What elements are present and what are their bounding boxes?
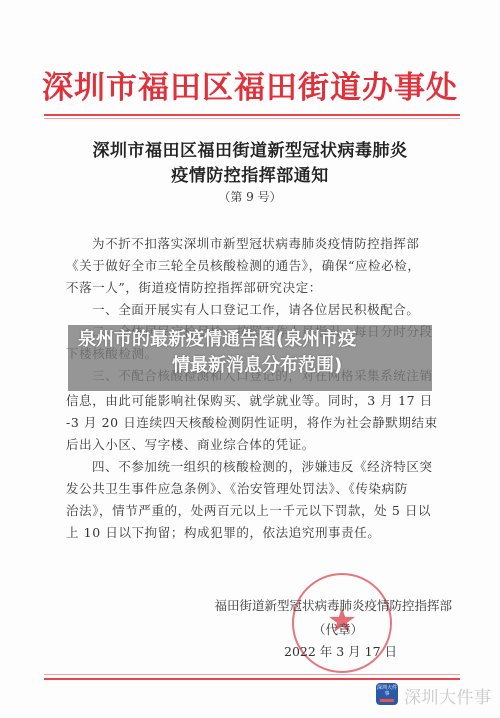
document-page: 深圳市福田区福田街道办事处 深圳市福田区福田街道新型冠状病毒肺炎 疫情防控指挥部… xyxy=(0,0,500,718)
footer-divider xyxy=(44,678,460,680)
document-title-line2: 疫情防控指挥部通知 xyxy=(0,161,500,186)
signature-seal-note: （代章） xyxy=(0,620,500,638)
body-line: 后出入小区、写字楼、商业综合体的凭证。 xyxy=(66,435,438,453)
issuer-header: 深圳市福田区福田街道办事处 xyxy=(0,62,500,107)
signature-organization: 福田街道新型冠状病毒肺炎疫情防控指挥部 xyxy=(0,596,500,614)
body-line: 发公共卫生事件应急条例》、《治安管理处罚法》、《传染病防 xyxy=(66,479,438,497)
headline-line1: 泉州市的最新疫情通告图(泉州市疫 xyxy=(68,327,432,353)
headline-overlay: 泉州市的最新疫情通告图(泉州市疫 情最新消息分布范围) xyxy=(68,327,432,379)
header-divider-thin xyxy=(44,118,460,119)
body-line: 为不折不扣落实深圳市新型冠状病毒肺炎疫情防控指挥部 xyxy=(66,234,464,252)
body-line: 信息，由此可能影响社保购买、就学就业等。同时，3 月 17 日 xyxy=(66,391,438,409)
body-line: 不落一人”，街道疫情防控指挥部研究决定： xyxy=(66,278,438,296)
body-line: 一、全面开展实有人口登记工作，请各位居民积极配合。 xyxy=(66,300,464,318)
watermark-logo-text: 深圳大件事 xyxy=(376,685,398,697)
document-title-line1: 深圳市福田区福田街道新型冠状病毒肺炎 xyxy=(0,136,500,161)
body-line: 治法》，情节严重的，处两百元以上一千元以下罚款，处 5 日以 xyxy=(66,501,438,519)
watermark-logo-bar xyxy=(380,699,394,702)
headline-line2: 情最新消息分布范围) xyxy=(68,353,432,379)
document-number: （第 9 号） xyxy=(0,188,500,205)
watermark-label: 深圳大件事 xyxy=(404,683,492,708)
header-divider xyxy=(44,114,460,116)
body-line: -3 月 20 日连续四天核酸检测阴性证明，将作为社会静默期结束 xyxy=(66,413,438,431)
body-line: 四、不参加统一组织的核酸检测的，涉嫌违反《经济特区突 xyxy=(66,457,464,475)
watermark-logo-icon: 深圳大件事 xyxy=(376,683,398,705)
footer-divider-thin xyxy=(44,674,460,675)
body-line: 上 10 日以下拘留；构成犯罪的，依法追究刑事责任。 xyxy=(66,523,438,541)
signature-date: 2022 年 3 月 17 日 xyxy=(0,642,500,660)
body-line: 《关于做好全市三轮全员核酸检测的通告》，确保“应检必检， xyxy=(66,256,438,274)
